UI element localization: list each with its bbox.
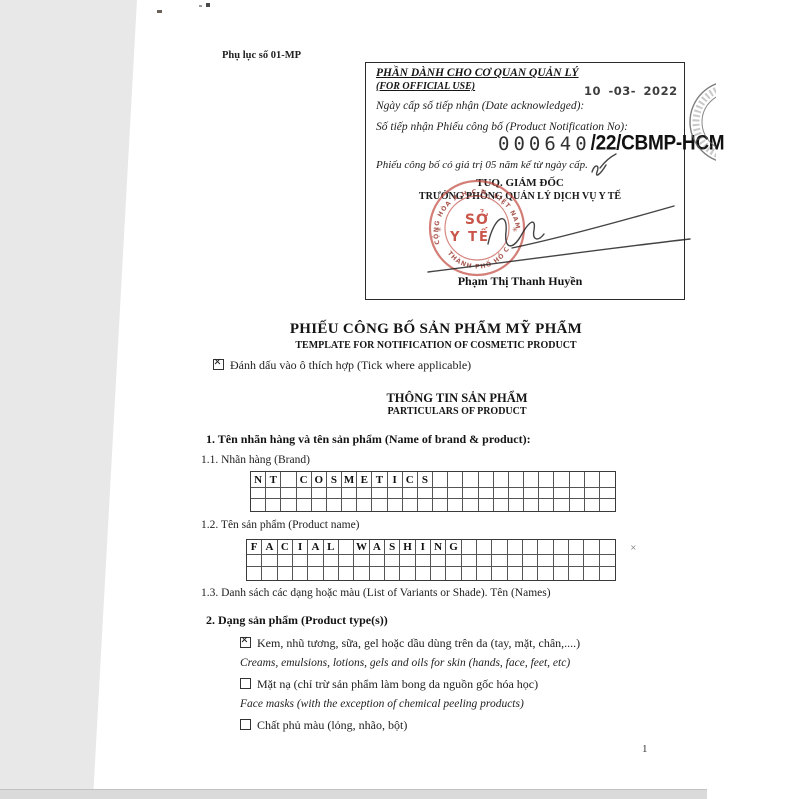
grid-cell: A [308, 540, 323, 555]
product-info-title-en: PARTICULARS OF PRODUCT [307, 406, 607, 417]
grid-cell: I [293, 540, 308, 555]
signer-name: Phạm Thị Thanh Huyền [365, 274, 675, 289]
scan-bottom-edge [0, 789, 707, 799]
grid-cell [538, 567, 553, 580]
grid-cell: S [385, 540, 400, 555]
grid-cell: N [431, 540, 446, 555]
grid-cell [585, 499, 600, 511]
grid-cell [339, 540, 354, 555]
grid-cell [463, 472, 478, 488]
grid-cell [462, 555, 477, 567]
grid-cell [448, 472, 463, 488]
grid-cell [569, 555, 584, 567]
grid-cell [600, 488, 615, 499]
product-info-title-vi: THÔNG TIN SẢN PHẨM [307, 391, 607, 406]
grid-cell [554, 488, 569, 499]
grid-cell: I [416, 540, 431, 555]
scan-noise-speck [206, 3, 210, 7]
grid-cell [418, 499, 433, 511]
grid-cell [448, 499, 463, 511]
option-label-en: Face masks (with the exception of chemic… [240, 698, 670, 719]
option-label-en: Creams, emulsions, lotions, gels and oil… [240, 657, 670, 678]
grid-cell: O [312, 472, 327, 488]
grid-cell [570, 488, 585, 499]
grid-cell [385, 567, 400, 580]
grid-cell [308, 567, 323, 580]
grid-cell [554, 472, 569, 488]
grid-cell [433, 472, 448, 488]
grid-cell [327, 488, 342, 499]
grid-cell [297, 488, 312, 499]
grid-cell [538, 540, 553, 555]
grid-cell [388, 488, 403, 499]
grid-cell [297, 499, 312, 511]
checkbox-unchecked-icon [240, 678, 251, 689]
grid-cell [463, 499, 478, 511]
grid-cell: H [400, 540, 415, 555]
grid-cell: S [327, 472, 342, 488]
grid-cell [354, 567, 369, 580]
grid-cell [448, 488, 463, 499]
grid-cell [251, 499, 266, 511]
grid-cell [509, 488, 524, 499]
grid-cell: C [297, 472, 312, 488]
grid-cell: E [357, 472, 372, 488]
grid-cell [569, 567, 584, 580]
grid-cell: G [446, 540, 461, 555]
grid-cell [492, 540, 507, 555]
document-title-vi: PHIẾU CÔNG BỐ SẢN PHẨM MỸ PHẨM [236, 321, 636, 338]
grid-cell [281, 472, 296, 488]
brand-letter-grid: NTCOSMETICS [250, 471, 616, 512]
product-type-option: Mặt nạ (chỉ trừ sản phẩm làm bong da ngu… [240, 677, 670, 698]
grid-cell: N [251, 472, 266, 488]
option-label-vi: Chất phủ màu (lỏng, nhão, bột) [257, 718, 407, 732]
grid-cell [492, 567, 507, 580]
official-box-title-vi: PHẦN DÀNH CHO CƠ QUAN QUẢN LÝ [376, 67, 579, 79]
product-type-option: Chất phủ màu (lỏng, nhão, bột) [240, 718, 670, 739]
grid-cell [327, 499, 342, 511]
grid-cell: F [247, 540, 262, 555]
grid-cell: C [403, 472, 418, 488]
grid-cell [324, 567, 339, 580]
grid-cell [523, 540, 538, 555]
grid-cell [354, 555, 369, 567]
grid-cell [539, 488, 554, 499]
grid-cell [585, 488, 600, 499]
scanned-document-page: × Phụ lục số 01-MP PHẦN DÀNH CHO CƠ QUAN… [0, 0, 799, 799]
grid-cell [569, 540, 584, 555]
grid-cell [494, 472, 509, 488]
grid-cell [372, 499, 387, 511]
grid-cell [281, 499, 296, 511]
grid-cell [584, 555, 599, 567]
grid-cell: T [372, 472, 387, 488]
grid-cell [293, 567, 308, 580]
grid-cell [570, 499, 585, 511]
grid-cell: I [388, 472, 403, 488]
grid-cell [554, 567, 569, 580]
grid-cell [584, 540, 599, 555]
grid-cell [324, 555, 339, 567]
signer-title-line2: TRƯỞNG PHÒNG QUẢN LÝ DỊCH VỤ Y TẾ [365, 191, 675, 202]
grid-cell [508, 540, 523, 555]
grid-cell [339, 555, 354, 567]
grid-cell [554, 540, 569, 555]
checkbox-checked-icon [240, 637, 251, 648]
notification-number-suffix: /22/CBMP-HCM [591, 131, 725, 156]
grid-cell [251, 488, 266, 499]
scan-noise-speck: × [630, 543, 637, 550]
grid-cell [539, 499, 554, 511]
notification-number: 000640 /22/CBMP-HCM [498, 133, 724, 156]
grid-cell [539, 472, 554, 488]
grid-cell [357, 499, 372, 511]
grid-cell [492, 555, 507, 567]
grid-cell [278, 555, 293, 567]
grid-cell [281, 488, 296, 499]
grid-cell [400, 555, 415, 567]
grid-cell [479, 499, 494, 511]
grid-cell: A [262, 540, 277, 555]
grid-cell [584, 567, 599, 580]
grid-cell [494, 488, 509, 499]
grid-cell: S [418, 472, 433, 488]
grid-cell [342, 499, 357, 511]
page-number: 1 [642, 743, 648, 755]
grid-cell [293, 555, 308, 567]
product-letter-grid: FACIALWASHING [246, 539, 616, 581]
signer-title-line1: TUQ. GIÁM ĐỐC [365, 177, 675, 189]
grid-cell [600, 555, 615, 567]
product-name-label: 1.2. Tên sản phẩm (Product name) [201, 519, 360, 531]
tick-note: Đánh dấu vào ô thích hợp (Tick where app… [213, 358, 471, 373]
option-label-vi: Mặt nạ (chỉ trừ sản phẩm làm bong da ngu… [257, 677, 538, 691]
section2-heading: 2. Dạng sản phẩm (Product type(s)) [206, 613, 388, 628]
grid-cell [247, 567, 262, 580]
checkbox-checked-icon [213, 359, 224, 370]
appendix-label: Phụ lục số 01-MP [222, 50, 301, 61]
grid-cell [312, 488, 327, 499]
grid-cell [494, 499, 509, 511]
grid-cell [600, 567, 615, 580]
official-box-title-en: (FOR OFFICIAL USE) [376, 81, 475, 92]
grid-cell [418, 488, 433, 499]
grid-cell [477, 567, 492, 580]
product-type-options: Kem, nhũ tương, sữa, gel hoặc dầu dùng t… [240, 636, 670, 739]
grid-cell [508, 555, 523, 567]
grid-cell [538, 555, 553, 567]
grid-cell [339, 567, 354, 580]
grid-cell [524, 499, 539, 511]
grid-cell [400, 567, 415, 580]
checkbox-unchecked-icon [240, 719, 251, 730]
grid-cell [508, 567, 523, 580]
grid-cell [357, 488, 372, 499]
grid-cell [585, 472, 600, 488]
option-label-vi: Kem, nhũ tương, sữa, gel hoặc dầu dùng t… [257, 636, 580, 650]
grid-cell [433, 488, 448, 499]
grid-cell: W [354, 540, 369, 555]
grid-cell [403, 499, 418, 511]
grid-cell [446, 555, 461, 567]
grid-cell [600, 472, 615, 488]
grid-cell [431, 555, 446, 567]
grid-cell: A [370, 540, 385, 555]
grid-cell [372, 488, 387, 499]
validity-note: Phiếu công bố có giá trị 05 năm kể từ ng… [376, 159, 588, 171]
grid-cell: M [342, 472, 357, 488]
grid-cell [600, 540, 615, 555]
document-title-en: TEMPLATE FOR NOTIFICATION OF COSMETIC PR… [236, 340, 636, 351]
grid-cell [403, 488, 418, 499]
grid-cell [262, 555, 277, 567]
date-received-stamp: 10 -03- 2022 [584, 84, 678, 98]
grid-cell [462, 567, 477, 580]
scan-noise-speck [199, 5, 202, 7]
date-acknowledged-label: Ngày cấp số tiếp nhận (Date acknowledged… [376, 100, 584, 112]
grid-cell [523, 567, 538, 580]
grid-cell [554, 499, 569, 511]
variants-label: 1.3. Danh sách các dạng hoặc màu (List o… [201, 587, 551, 599]
grid-cell: T [266, 472, 281, 488]
grid-cell [554, 555, 569, 567]
grid-cell [388, 499, 403, 511]
grid-cell [266, 499, 281, 511]
grid-cell [524, 488, 539, 499]
grid-cell [431, 567, 446, 580]
grid-cell [312, 499, 327, 511]
scan-left-edge [0, 0, 140, 799]
grid-cell: C [278, 540, 293, 555]
grid-cell [262, 567, 277, 580]
brand-label: 1.1. Nhãn hàng (Brand) [201, 454, 310, 466]
grid-cell [463, 488, 478, 499]
grid-cell [370, 567, 385, 580]
notification-number-digits: 000640 [498, 133, 591, 155]
grid-cell [247, 555, 262, 567]
grid-cell [462, 540, 477, 555]
grid-cell [370, 555, 385, 567]
grid-cell [600, 499, 615, 511]
grid-cell [479, 488, 494, 499]
grid-cell [446, 567, 461, 580]
grid-cell [509, 472, 524, 488]
scan-noise-speck [157, 10, 162, 13]
grid-cell [278, 567, 293, 580]
grid-cell [479, 472, 494, 488]
tick-note-label: Đánh dấu vào ô thích hợp (Tick where app… [230, 358, 471, 372]
grid-cell [477, 540, 492, 555]
grid-cell [433, 499, 448, 511]
product-type-option: Kem, nhũ tương, sữa, gel hoặc dầu dùng t… [240, 636, 670, 657]
grid-cell [509, 499, 524, 511]
grid-cell [524, 472, 539, 488]
grid-cell [416, 567, 431, 580]
section1-heading: 1. Tên nhãn hàng và tên sản phẩm (Name o… [206, 432, 531, 447]
grid-cell [385, 555, 400, 567]
grid-cell [477, 555, 492, 567]
grid-cell [266, 488, 281, 499]
grid-cell [342, 488, 357, 499]
grid-cell [308, 555, 323, 567]
grid-cell [523, 555, 538, 567]
grid-cell [570, 472, 585, 488]
grid-cell [416, 555, 431, 567]
grid-cell: L [324, 540, 339, 555]
